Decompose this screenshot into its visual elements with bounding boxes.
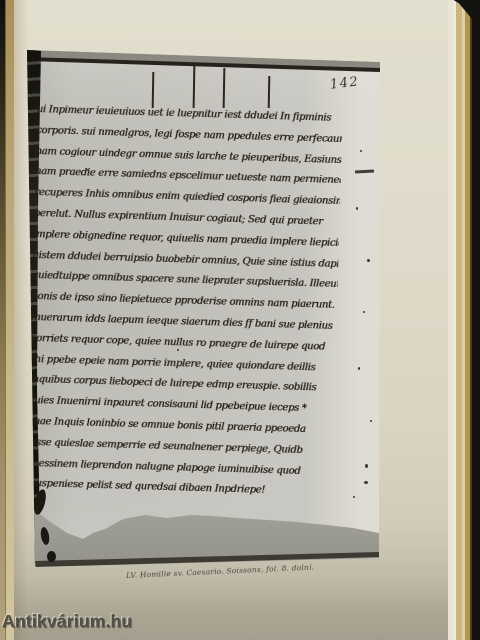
background-right <box>472 0 480 640</box>
speckle <box>358 367 360 370</box>
speckle <box>87 169 89 171</box>
ink-blot <box>47 551 56 562</box>
manuscript-text-block: ui Inpimeur ieuieuiuos uet ie luepnitur … <box>25 100 343 509</box>
speckle <box>363 311 365 313</box>
book-gutter-edge <box>5 0 14 640</box>
speckle <box>370 420 372 422</box>
speckle <box>365 464 368 468</box>
speckle <box>356 207 358 210</box>
book-page-photo: 142 ui Inpimeur ieuieuiuos uet ie luepni… <box>0 0 480 640</box>
speckle <box>364 481 368 484</box>
manuscript-photo: 142 ui Inpimeur ieuieuiuos uet ie luepni… <box>27 49 381 567</box>
speckle <box>360 150 362 152</box>
gutter-inner-shade <box>14 0 28 640</box>
speckle <box>353 496 355 498</box>
speckle <box>367 259 370 262</box>
antikvarium-watermark: Antikvárium.hu <box>2 611 132 632</box>
speckle <box>327 139 329 141</box>
speckle <box>177 349 179 351</box>
